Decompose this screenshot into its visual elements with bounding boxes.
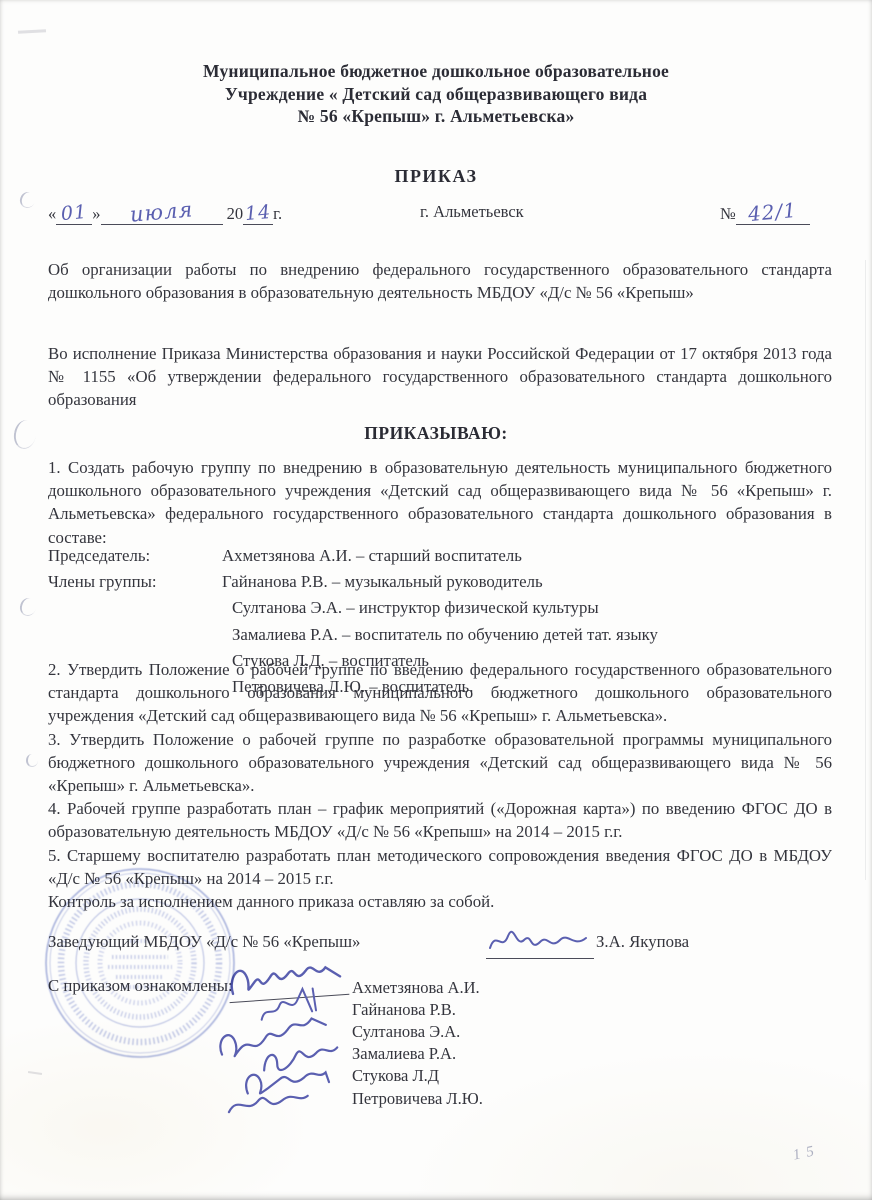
member-name: Гайнанова Р.В. – музыкальный руководител…: [222, 572, 543, 591]
acknowledged-label: С приказом ознакомлены:: [48, 976, 233, 996]
order-number-handwritten: 42/1: [748, 200, 798, 224]
ack-name: Замалиева Р.А.: [352, 1044, 456, 1064]
page-mark: 15: [792, 1142, 822, 1164]
order-item-1: 1. Создать рабочую группу по внедрению в…: [48, 456, 832, 549]
ack-name: Гайнанова Р.В.: [352, 1000, 456, 1020]
scan-smudge: [28, 1071, 42, 1075]
order-item-2: 2. Утвердить Положение о рабочей группе …: [48, 658, 832, 728]
date-month-handwritten: июля: [129, 199, 194, 225]
order-items-block: 2. Утвердить Положение о рабочей группе …: [48, 658, 832, 913]
date-open-quote: «: [48, 204, 56, 223]
ack-signature-scribble-3: [210, 995, 334, 1071]
control-line: Контроль за исполнением данного приказа …: [48, 890, 832, 913]
member-row: Султанова Э.А. – инструктор физической к…: [48, 595, 832, 621]
preamble-paragraph: Во исполнение Приказа Министерства образ…: [48, 342, 832, 412]
number-sign: №: [720, 204, 736, 223]
document-title: ПРИКАЗ: [0, 166, 872, 187]
order-item-5: 5. Старшему воспитателю разработать план…: [48, 844, 832, 890]
date-year-suffix: г.: [273, 204, 282, 223]
ack-signature-scribble-2: [253, 982, 330, 1029]
ack-name: Стукова Л.Д: [352, 1066, 439, 1086]
ack-signature-scribble-4: [256, 1031, 345, 1079]
ack-signature-scribble-1: [227, 952, 350, 1003]
scan-mark: [18, 596, 38, 618]
subject-paragraph: Об организации работы по внедрению федер…: [48, 258, 832, 304]
chair-label: Председатель:: [48, 543, 222, 569]
order-item-3: 3. Утвердить Положение о рабочей группе …: [48, 728, 832, 798]
date-city-number-line: «01»июля 2014г. г. Альметьевск №42/1: [48, 202, 828, 232]
director-name: З.А. Якупова: [596, 932, 689, 952]
members-row: Члены группы:Гайнанова Р.В. – музыкальны…: [48, 569, 832, 595]
chair-row: Председатель:Ахметзянова А.И. – старший …: [48, 543, 832, 569]
member-name: Замалиева Р.А. – воспитатель по обучению…: [232, 625, 658, 644]
members-label: Члены группы:: [48, 569, 222, 595]
ack-name: Ахметзянова А.И.: [352, 978, 480, 998]
date-month-blank: июля: [101, 202, 223, 225]
member-row: Замалиева Р.А. – воспитатель по обучению…: [48, 622, 832, 648]
organization-header-line3: № 56 «Крепыш» г. Альметьевска»: [0, 105, 872, 128]
order-item-4: 4. Рабочей группе разработать план – гра…: [48, 797, 832, 843]
order-number-field: №42/1: [720, 202, 810, 225]
director-title: Заведующий МБДОУ «Д/с № 56 «Крепыш»: [48, 932, 360, 951]
organization-header-line1: Муниципальное бюджетное дошкольное образ…: [0, 60, 872, 83]
chair-name: Ахметзянова А.И. – старший воспитатель: [222, 546, 522, 565]
director-signature-scribble: [486, 918, 594, 959]
date-field: «01»июля 2014г.: [48, 202, 282, 225]
scan-mark: [18, 190, 38, 210]
resolution-heading: ПРИКАЗЫВАЮ:: [0, 423, 872, 444]
date-day-blank: 01: [56, 204, 92, 225]
scan-mark: [26, 754, 38, 767]
date-day-handwritten: 01: [60, 203, 88, 224]
member-name: Султанова Э.А. – инструктор физической к…: [232, 598, 599, 617]
ack-name: Султанова Э.А.: [352, 1022, 460, 1042]
city-label: г. Альметьевск: [420, 202, 524, 222]
scan-smudge: [18, 29, 46, 33]
date-close-quote: »: [92, 204, 100, 223]
date-year-blank: 14: [243, 204, 273, 225]
organization-header-line2: Учреждение « Детский сад общеразвивающег…: [0, 83, 872, 106]
order-number-blank: 42/1: [736, 202, 810, 225]
ack-signature-scribble-6: [223, 1081, 314, 1120]
ack-signature-scribble-5: [238, 1054, 334, 1102]
date-year-handwritten: 14: [244, 203, 272, 224]
scanned-order-document: Муниципальное бюджетное дошкольное образ…: [0, 0, 872, 1200]
scan-edge-line: [865, 260, 866, 880]
director-signature-line: Заведующий МБДОУ «Д/с № 56 «Крепыш» З.А.…: [48, 932, 832, 952]
ack-name: Петровичева Л.Ю.: [352, 1089, 483, 1109]
date-year-prefix: 20: [227, 204, 244, 223]
organization-header: Муниципальное бюджетное дошкольное образ…: [0, 60, 872, 128]
